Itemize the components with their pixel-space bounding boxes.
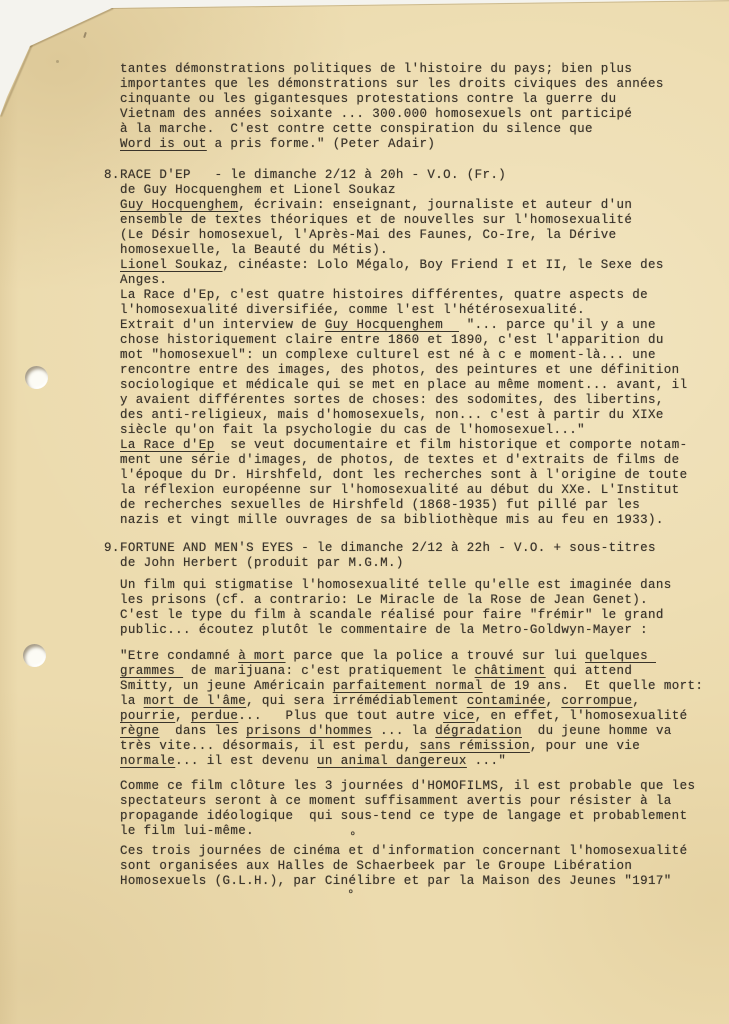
text-line: "Etre condamné à mort parce que la polic… [120,649,703,664]
text-line: Homosexuels (G.L.H.), par Cinélibre et p… [120,874,687,889]
text-line: des anti-religieux, mais d'homosexuels, … [120,408,687,423]
text-line: chose historiquement claire entre 1860 e… [120,333,687,348]
text-line: C'est le type du film à scandale réalisé… [120,608,672,623]
text-line: de John Herbert (produit par M.G.M.) [120,556,656,571]
text-line: grammes de marijuana: c'est pratiquement… [120,664,703,679]
text-line: règne dans les prisons d'hommes ... la d… [120,724,703,739]
text-line: tantes démonstrations politiques de l'hi… [120,62,664,77]
typewritten-text: tantes démonstrations politiques de l'hi… [0,0,729,1024]
text-line: Comme ce film clôture les 3 journées d'H… [120,779,695,794]
text-line: la réflexion européenne sur l'homosexual… [120,483,687,498]
text-line: propagande idéologique qui sous-tend ce … [120,809,695,824]
list-number: 8. [104,168,120,183]
section-8-race-d-ep: RACE D'EP - le dimanche 2/12 à 20h - V.O… [120,168,687,528]
text-line: l'homosexualité diversifiée, comme l'est… [120,303,687,318]
text-line: Lionel Soukaz, cinéaste: Lolo Mégalo, Bo… [120,258,687,273]
text-line: le film lui-même. [120,824,695,839]
text-line: Anges. [120,273,687,288]
text-line: spectateurs seront à ce moment suffisamm… [120,794,695,809]
document-page: tantes démonstrations politiques de l'hi… [0,0,729,1024]
text-line: à la marche. C'est contre cette conspira… [120,122,664,137]
text-line: normale... il est devenu un animal dange… [120,754,703,769]
text-line: sociologique et médicale qui se met en p… [120,378,687,393]
text-line: importantes que les démonstrations sur l… [120,77,664,92]
text-line: La Race d'Ep, c'est quatre histoires dif… [120,288,687,303]
text-line: Vietnam des années soixante ... 300.000 … [120,107,664,122]
section-9-fortune-and-mens-eyes: FORTUNE AND MEN'S EYES - le dimanche 2/1… [120,541,656,571]
text-line: Smitty, un jeune Américain parfaitement … [120,679,703,694]
text-line: nazis et vingt mille ouvrages de sa bibl… [120,513,687,528]
text-line: l'époque du Dr. Hirshfeld, dont les rech… [120,468,687,483]
paragraph-word-is-out: tantes démonstrations politiques de l'hi… [120,62,664,152]
text-line: Extrait d'un interview de Guy Hocquenghe… [120,318,687,333]
text-line: Ces trois journées de cinéma et d'inform… [120,844,687,859]
degree-separator: ° [349,830,357,845]
text-line: Word is out a pris forme." (Peter Adair) [120,137,664,152]
scan-background: { "page": { "background_color": "#f4f3ee… [0,0,729,1024]
paragraph-un-film: Un film qui stigmatise l'homosexualité t… [120,578,672,638]
text-line: la mort de l'âme, qui sera irrémédiablem… [120,694,703,709]
paragraph-cloture: Comme ce film clôture les 3 journées d'H… [120,779,695,839]
text-line: La Race d'Ep se veut documentaire et fil… [120,438,687,453]
text-line: très vite... désormais, il est perdu, sa… [120,739,703,754]
text-line: de Guy Hocquenghem et Lionel Soukaz [120,183,687,198]
text-line: ensemble de textes théoriques et de nouv… [120,213,687,228]
text-line: FORTUNE AND MEN'S EYES - le dimanche 2/1… [120,541,656,556]
text-line: pourrie, perdue... Plus que tout autre v… [120,709,703,724]
text-line: ment une série d'images, de photos, de t… [120,453,687,468]
text-line: homosexuelle, la Beauté du Métis). [120,243,687,258]
degree-separator: ° [347,888,355,903]
quote-mgm: "Etre condamné à mort parce que la polic… [120,649,703,769]
text-line: sont organisées aux Halles de Schaerbeek… [120,859,687,874]
text-line: mot "homosexuel": un complexe culturel e… [120,348,687,363]
text-line: (Le Désir homosexuel, l'Après-Mai des Fa… [120,228,687,243]
text-line: Guy Hocquenghem, écrivain: enseignant, j… [120,198,687,213]
text-line: rencontre entre des images, des photos, … [120,363,687,378]
text-line: Un film qui stigmatise l'homosexualité t… [120,578,672,593]
text-line: y avaient différentes sortes de choses: … [120,393,687,408]
paragraph-organisation: Ces trois journées de cinéma et d'inform… [120,844,687,889]
text-line: RACE D'EP - le dimanche 2/12 à 20h - V.O… [120,168,687,183]
list-number: 9. [104,541,120,556]
text-line: cinquante ou les gigantesques protestati… [120,92,664,107]
text-line: les prisons (cf. a contrario: Le Miracle… [120,593,672,608]
text-line: siècle qu'on fait la psychologie du cas … [120,423,687,438]
text-line: public... écoutez plutôt le commentaire … [120,623,672,638]
text-line: de recherches sexuelles de Hirshfeld (18… [120,498,687,513]
